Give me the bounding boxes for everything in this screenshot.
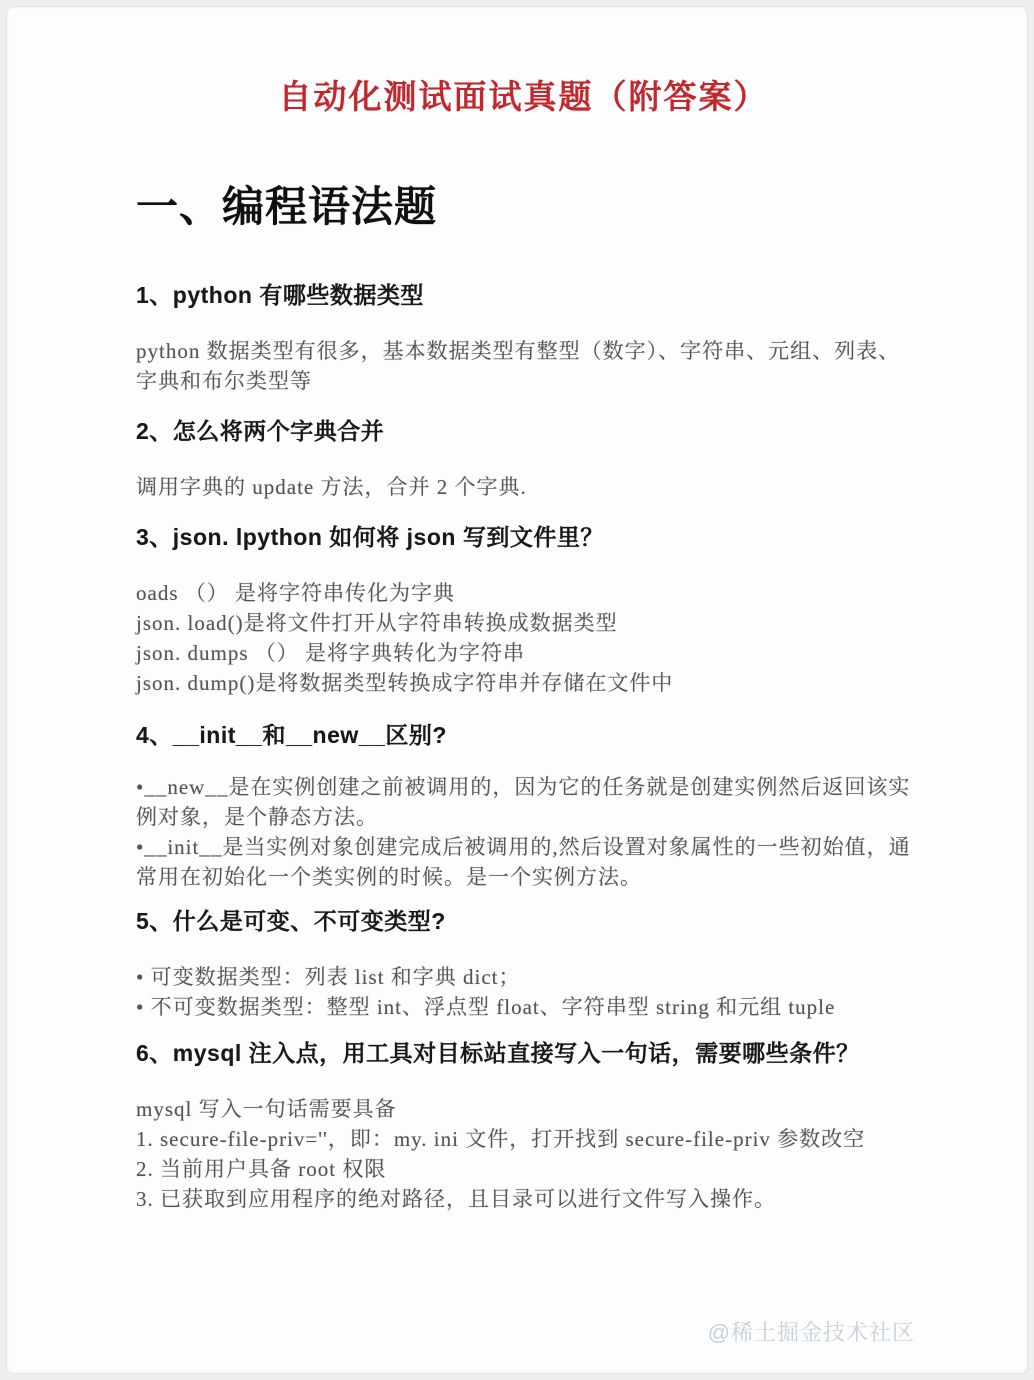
- qa-block-6: 6、mysql 注入点，用工具对目标站直接写入一句话，需要哪些条件？ mysql…: [136, 1038, 911, 1214]
- question-2: 2、怎么将两个字典合并: [136, 416, 911, 446]
- document-page: 自动化测试面试真题（附答案） 一、编程语法题 1、python 有哪些数据类型 …: [6, 6, 1028, 1374]
- answer-2: 调用字典的 update 方法，合并 2 个字典.: [136, 472, 911, 502]
- question-4: 4、__init__和__new__区别?: [136, 720, 911, 750]
- qa-block-4: 4、__init__和__new__区别? •__new__是在实例创建之前被调…: [136, 720, 911, 892]
- answer-3: oads （） 是将字符串传化为字典 json. load()是将文件打开从字符…: [136, 578, 911, 698]
- answer-1: python 数据类型有很多，基本数据类型有整型（数字）、字符串、元组、列表、字…: [136, 336, 911, 396]
- document-content: 自动化测试面试真题（附答案） 一、编程语法题 1、python 有哪些数据类型 …: [7, 7, 1027, 1373]
- answer-5: • 可变数据类型：列表 list 和字典 dict； • 不可变数据类型：整型 …: [136, 962, 911, 1022]
- answer-4: •__new__是在实例创建之前被调用的，因为它的任务就是创建实例然后返回该实例…: [136, 772, 911, 892]
- section-heading: 一、编程语法题: [136, 174, 911, 234]
- question-6: 6、mysql 注入点，用工具对目标站直接写入一句话，需要哪些条件？: [136, 1038, 911, 1068]
- answer-6: mysql 写入一句话需要具备 1. secure-file-priv=''，即…: [136, 1094, 911, 1214]
- question-1: 1、python 有哪些数据类型: [136, 280, 911, 310]
- qa-block-5: 5、什么是可变、不可变类型? • 可变数据类型：列表 list 和字典 dict…: [136, 906, 911, 1022]
- document-title: 自动化测试面试真题（附答案）: [136, 7, 911, 118]
- qa-block-2: 2、怎么将两个字典合并 调用字典的 update 方法，合并 2 个字典.: [136, 416, 911, 502]
- qa-block-1: 1、python 有哪些数据类型 python 数据类型有很多，基本数据类型有整…: [136, 280, 911, 396]
- question-5: 5、什么是可变、不可变类型?: [136, 906, 911, 936]
- qa-block-3: 3、json. lpython 如何将 json 写到文件里？ oads （） …: [136, 522, 911, 698]
- community-watermark: @稀土掘金技术社区: [708, 1316, 915, 1347]
- question-3: 3、json. lpython 如何将 json 写到文件里？: [136, 522, 911, 552]
